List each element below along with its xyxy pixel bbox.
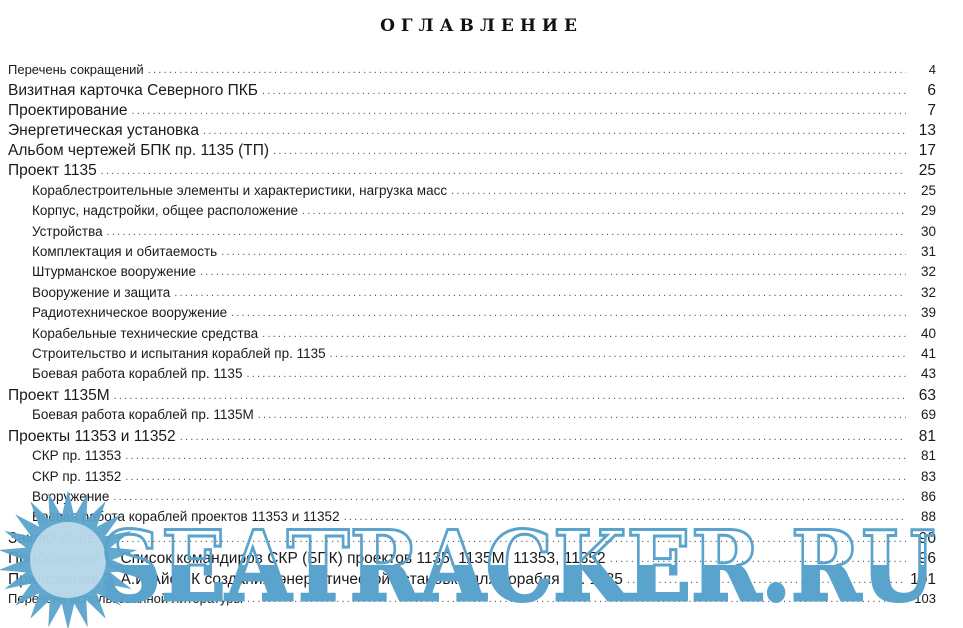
toc-entry[interactable]: Боевая работа кораблей пр. 1135М69 (8, 407, 936, 422)
toc-entry-page-number: 63 (906, 387, 936, 405)
toc-entry-title: Энергетическая установка (8, 122, 203, 140)
toc-entry[interactable]: Боевая работа кораблей пр. 113543 (8, 366, 936, 381)
dot-leader (451, 185, 906, 197)
dot-leader (262, 328, 906, 340)
toc-entry-title: Перечень использованной литературы (8, 591, 247, 606)
toc-entry-title: Кораблестроительные элементы и характери… (32, 183, 451, 198)
toc-entry-title: Комплектация и обитаемость (32, 244, 221, 259)
toc-entry[interactable]: Вооружение и защита32 (8, 285, 936, 300)
toc-entry-page-number: 41 (906, 346, 936, 361)
toc-entry-page-number: 86 (906, 489, 936, 504)
toc-entry[interactable]: Альбом чертежей БПК пр. 1135 (ТП)17 (8, 142, 936, 160)
toc-entry[interactable]: Устройства30 (8, 224, 936, 239)
toc-entry-page-number: 32 (906, 285, 936, 300)
dot-leader (148, 64, 906, 76)
toc-entry-page-number: 25 (906, 162, 936, 180)
toc-entry-page-number: 39 (906, 305, 936, 320)
dot-leader (113, 491, 906, 503)
toc-entry-page-number: 13 (906, 122, 936, 140)
toc-entry[interactable]: Проект 1135М63 (8, 387, 936, 405)
toc-entry[interactable]: Комплектация и обитаемость31 (8, 244, 936, 259)
dot-leader (221, 246, 906, 258)
toc-entry-title: Корабельные технические средства (32, 326, 262, 341)
toc-entry-page-number: 83 (906, 469, 936, 484)
toc-entry-page-number: 88 (906, 509, 936, 524)
toc-entry-page-number: 29 (906, 203, 936, 218)
toc-entry-title: Проект 1135М (8, 387, 114, 405)
dot-leader (100, 533, 906, 545)
page-title: ОГЛАВЛЕНИЕ (0, 16, 963, 36)
toc-entry-title: Заключение (8, 530, 100, 548)
toc-entry[interactable]: СКР пр. 1135283 (8, 469, 936, 484)
toc-entry[interactable]: Корабельные технические средства40 (8, 326, 936, 341)
toc-entry-title: Альбом чертежей БПК пр. 1135 (ТП) (8, 142, 273, 160)
toc-entry-title: Радиотехническое вооружение (32, 305, 231, 320)
toc-entry[interactable]: Перечень использованной литературы103 (8, 591, 936, 606)
toc-entry[interactable]: Вооружение86 (8, 489, 936, 504)
dot-leader (180, 431, 906, 443)
toc-entry-title: Визитная карточка Северного ПКБ (8, 82, 262, 100)
toc-entry[interactable]: Радиотехническое вооружение39 (8, 305, 936, 320)
dot-leader (125, 471, 906, 483)
dot-leader (203, 125, 906, 137)
dot-leader (125, 450, 906, 462)
toc-entry-page-number: 43 (906, 366, 936, 381)
dot-leader (231, 307, 906, 319)
toc-entry-page-number: 17 (906, 142, 936, 160)
toc-entry-page-number: 32 (906, 264, 936, 279)
toc-entry-title: Боевая работа кораблей пр. 1135 (32, 366, 246, 381)
toc-entry-page-number: 40 (906, 326, 936, 341)
toc-entry[interactable]: Проектирование7 (8, 102, 936, 120)
dot-leader (246, 368, 906, 380)
toc-entry[interactable]: СКР пр. 1135381 (8, 448, 936, 463)
dot-leader (131, 105, 906, 117)
toc-entry[interactable]: Энергетическая установка13 (8, 122, 936, 140)
toc-entry-page-number: 90 (906, 530, 936, 548)
toc-entry-page-number: 96 (906, 550, 936, 568)
toc-entry[interactable]: Приложение 2. А.И.Айол К созданию энерге… (8, 571, 936, 589)
toc-entry-title: Корпус, надстройки, общее расположение (32, 203, 302, 218)
dot-leader (258, 409, 906, 421)
toc-entry-title: Вооружение (32, 489, 113, 504)
toc-entry[interactable]: Боевая работа кораблей проектов 11353 и … (8, 509, 936, 524)
toc-entry-title: Перечень сокращений (8, 62, 148, 77)
toc-entry-page-number: 103 (906, 591, 936, 606)
toc-entry[interactable]: Визитная карточка Северного ПКБ6 (8, 82, 936, 100)
toc-entry-page-number: 6 (906, 82, 936, 100)
toc-entry-title: Приложение 1. Список командиров СКР (БПК… (8, 550, 610, 568)
toc-entry-title: Строительство и испытания кораблей пр. 1… (32, 346, 330, 361)
dot-leader (101, 165, 906, 177)
dot-leader (247, 593, 906, 605)
toc-entry[interactable]: Проекты 11353 и 1135281 (8, 428, 936, 446)
dot-leader (114, 390, 906, 402)
dot-leader (627, 574, 906, 586)
dot-leader (330, 348, 906, 360)
toc-entry-title: Боевая работа кораблей пр. 1135М (32, 407, 258, 422)
dot-leader (174, 287, 906, 299)
toc-entry[interactable]: Строительство и испытания кораблей пр. 1… (8, 346, 936, 361)
dot-leader (302, 205, 906, 217)
dot-leader (273, 145, 906, 157)
dot-leader (610, 553, 906, 565)
toc-entry[interactable]: Проект 113525 (8, 162, 936, 180)
dot-leader (107, 226, 906, 238)
toc-entry-page-number: 81 (906, 448, 936, 463)
dot-leader (344, 511, 906, 523)
toc-entry-page-number: 81 (906, 428, 936, 446)
dot-leader (200, 266, 906, 278)
toc-entry-title: Проектирование (8, 102, 131, 120)
toc-entry-title: Проекты 11353 и 11352 (8, 428, 180, 446)
toc-entry[interactable]: Приложение 1. Список командиров СКР (БПК… (8, 550, 936, 568)
toc-entry-title: СКР пр. 11353 (32, 448, 125, 463)
toc-entry-title: Устройства (32, 224, 107, 239)
toc-entry-title: Проект 1135 (8, 162, 101, 180)
toc-entry-page-number: 31 (906, 244, 936, 259)
toc-entry-title: Штурманское вооружение (32, 264, 200, 279)
toc-entry-page-number: 4 (906, 62, 936, 77)
toc-entry[interactable]: Штурманское вооружение32 (8, 264, 936, 279)
toc-entry-title: Приложение 2. А.И.Айол К созданию энерге… (8, 571, 627, 589)
toc-entry-title: СКР пр. 11352 (32, 469, 125, 484)
dot-leader (262, 85, 906, 97)
toc-entry-page-number: 69 (906, 407, 936, 422)
toc-entry[interactable]: Перечень сокращений4 (8, 62, 936, 77)
toc-entry[interactable]: Корпус, надстройки, общее расположение29 (8, 203, 936, 218)
toc-entry[interactable]: Заключение90 (8, 530, 936, 548)
toc-entry-title: Боевая работа кораблей проектов 11353 и … (32, 509, 344, 524)
toc-entry-title: Вооружение и защита (32, 285, 174, 300)
toc-entry-page-number: 101 (906, 571, 936, 589)
toc-entry-page-number: 7 (906, 102, 936, 120)
toc-entry-page-number: 25 (906, 183, 936, 198)
toc-entry[interactable]: Кораблестроительные элементы и характери… (8, 183, 936, 198)
toc-entry-page-number: 30 (906, 224, 936, 239)
